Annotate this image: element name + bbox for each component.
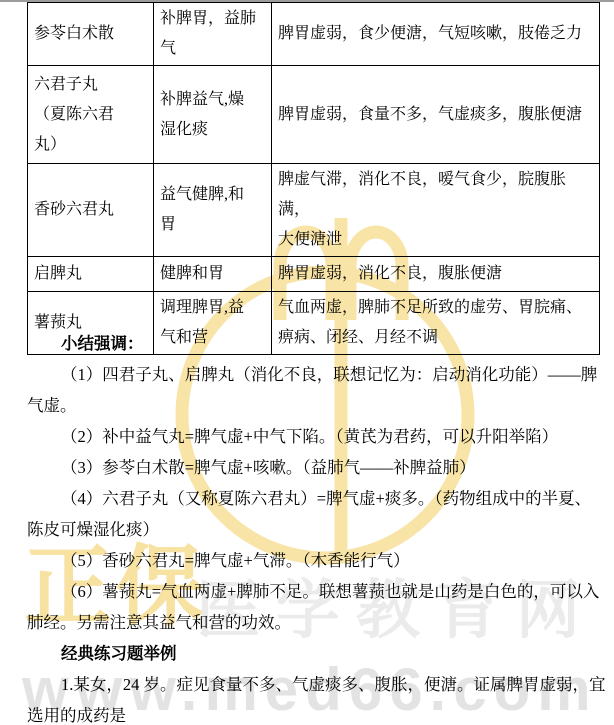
summary-line: （2）补中益气丸=脾气虚+中气下陷。（黄芪为君药，可以升阳举陷） [27,421,614,452]
notes-section: 小结强调： （1）四君子丸、启脾丸（消化不良，联想记忆为：启动消化功能）——脾 … [27,328,614,725]
practice-heading: 经典练习题举例 [27,638,614,669]
cell-indications: 脾胃虚弱，食少便溏，气短咳嗽，肢倦乏力 [272,3,600,66]
summary-line: （3）参苓白术散=脾气虚+咳嗽。（益肺气——补脾益肺） [27,452,614,483]
cell-function: 健脾和胃 [154,257,272,292]
summary-line: （5）香砂六君丸=脾气虚+气滞。（木香能行气） [27,545,614,576]
medicine-table: 参苓白术散 补脾胃，益肺 气 脾胃虚弱，食少便溏，气短咳嗽，肢倦乏力 六君子丸 … [27,2,600,355]
summary-line: （4）六君子丸（又称夏陈六君丸）=脾气虚+痰多。（药物组成中的半夏、 [27,483,614,514]
table-row: 启脾丸 健脾和胃 脾胃虚弱，消化不良，腹胀便溏 [28,257,600,292]
summary-heading: 小结强调： [27,328,614,359]
cell-medicine-name: 香砂六君丸 [28,164,154,257]
cell-function: 益气健脾,和 胃 [154,164,272,257]
table-row: 六君子丸 （夏陈六君 丸） 补脾益气,燥 湿化痰 脾胃虚弱，食量不多，气虚痰多，… [28,66,600,164]
table-row: 香砂六君丸 益气健脾,和 胃 脾虚气滞，消化不良，嗳气食少，脘腹胀满， 大便溏泄 [28,164,600,257]
cell-medicine-name: 六君子丸 （夏陈六君 丸） [28,66,154,164]
top-divider-line [0,0,614,2]
cell-function: 补脾益气,燥 湿化痰 [154,66,272,164]
cell-indications: 脾虚气滞，消化不良，嗳气食少，脘腹胀满， 大便溏泄 [272,164,600,257]
summary-line: 肺经。另需注意其益气和营的功效。 [27,607,614,638]
document-page: 正保 医学教育网 www.med66.com 参苓白术散 补脾胃，益肺 气 脾胃… [0,0,614,725]
cell-medicine-name: 启脾丸 [28,257,154,292]
practice-line: 选用的成药是 [27,700,614,725]
summary-line: 陈皮可燥湿化痰） [27,514,614,545]
practice-line: 1.某女，24 岁。症见食量不多、气虚痰多、腹胀，便溏。证属脾胃虚弱，宜 [27,669,614,700]
cell-indications: 脾胃虚弱，食量不多，气虚痰多，腹胀便溏 [272,66,600,164]
cell-medicine-name: 参苓白术散 [28,3,154,66]
summary-line: （1）四君子丸、启脾丸（消化不良，联想记忆为：启动消化功能）——脾 [27,359,614,390]
summary-line: （6）薯蓣丸=气血两虚+脾肺不足。联想薯蓣也就是山药是白色的，可以入 [27,576,614,607]
summary-line: 气虚。 [27,390,614,421]
cell-function: 补脾胃，益肺 气 [154,3,272,66]
table-row: 参苓白术散 补脾胃，益肺 气 脾胃虚弱，食少便溏，气短咳嗽，肢倦乏力 [28,3,600,66]
cell-indications: 脾胃虚弱，消化不良，腹胀便溏 [272,257,600,292]
